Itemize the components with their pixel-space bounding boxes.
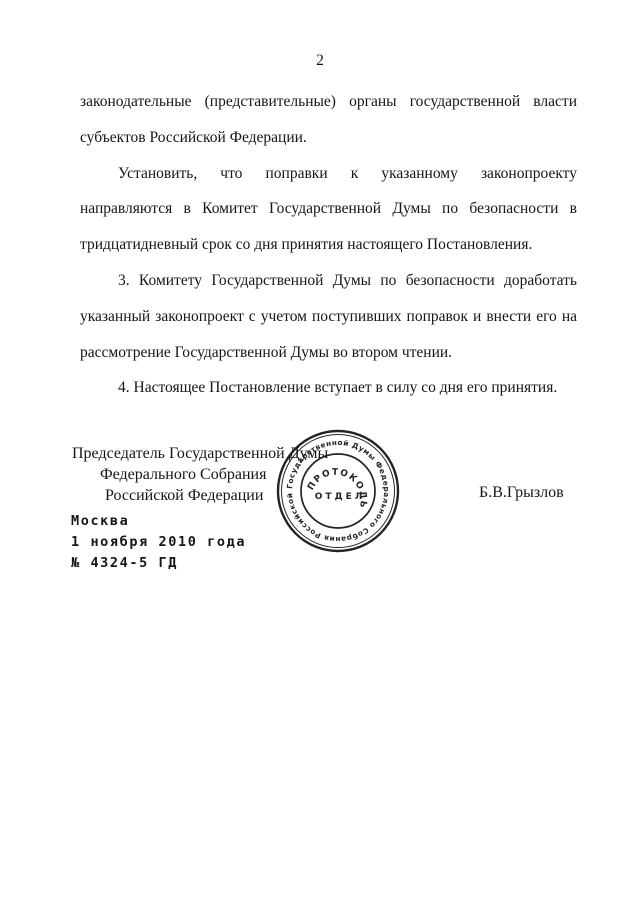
- paragraph-line: рассмотрение Государственной Думы во вто…: [80, 335, 577, 371]
- stamp-arc-group: ПРОТОКОЛЬНЫЙ: [304, 461, 375, 511]
- stamp-title-arc: ПРОТОКОЛЬНЫЙ: [304, 461, 375, 511]
- paragraph-line: направляются в Комитет Государственной Д…: [80, 191, 577, 227]
- paragraph-line: 4. Настоящее Постановление вступает в си…: [80, 370, 577, 406]
- footer-block: Москва 1 ноября 2010 года № 4324-5 ГД: [71, 511, 246, 573]
- stamp-outer-circle: [278, 431, 398, 551]
- paragraph-line: 3. Комитету Государственной Думы по безо…: [80, 263, 577, 299]
- signature-title-line-2: Федерального Собрания: [100, 465, 266, 484]
- body-text: законодательные (представительные) орган…: [80, 84, 577, 406]
- footer-date: 1 ноября 2010 года: [71, 532, 246, 553]
- signatory-name: Б.В.Грызлов: [479, 483, 564, 502]
- paragraph-line: законодательные (представительные) орган…: [80, 84, 577, 120]
- paragraph-line: указанный законопроект с учетом поступив…: [80, 299, 577, 335]
- footer-place: Москва: [71, 511, 246, 532]
- protocol-department-stamp: Государственной Думы Федерального Собран…: [267, 420, 409, 562]
- paragraph-line: Установить, что поправки к указанному за…: [80, 156, 577, 192]
- signature-title-line-3: Российской Федерации: [105, 486, 263, 505]
- footer-number: № 4324-5 ГД: [71, 553, 246, 574]
- stamp-title-line: ОТДЕЛ: [315, 492, 365, 502]
- page-number: 2: [0, 51, 640, 71]
- paragraph-line: тридцатидневный срок со дня принятия нас…: [80, 227, 577, 263]
- document-page: 2 законодательные (представительные) орг…: [0, 0, 640, 905]
- paragraph-line: субъектов Российской Федерации.: [80, 120, 577, 156]
- stamp-middle-circle: [282, 435, 395, 548]
